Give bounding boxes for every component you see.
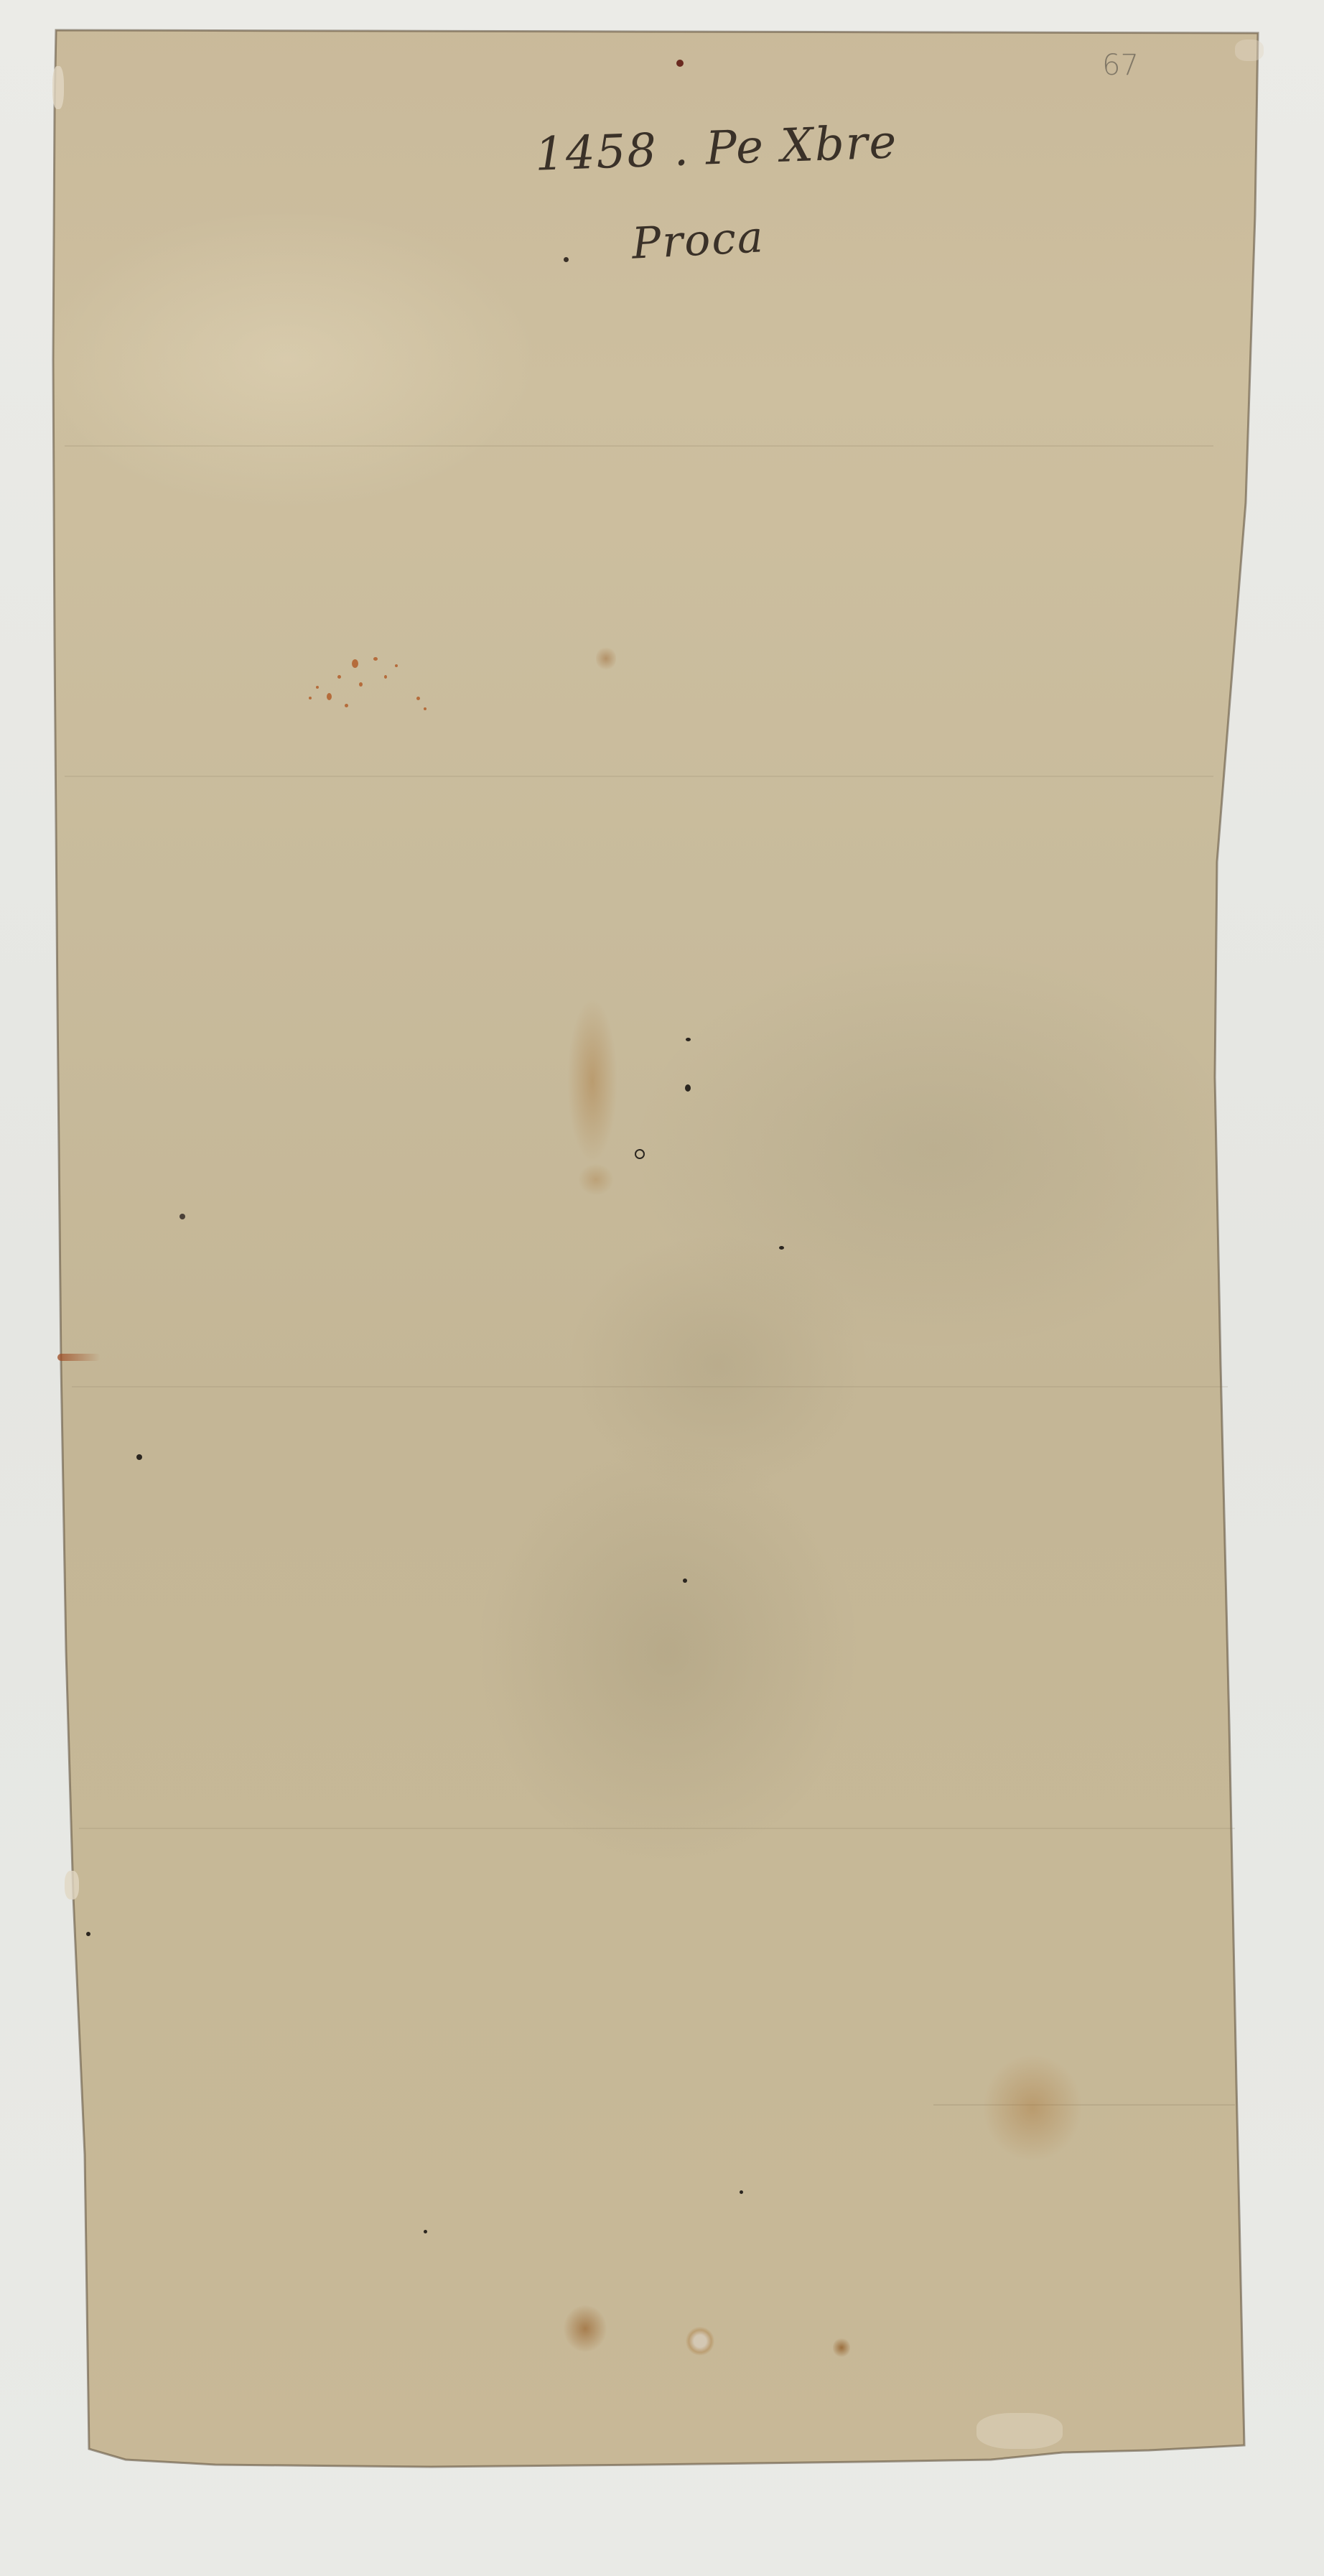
edge-tear: [976, 2413, 1063, 2449]
water-stain: [578, 1163, 614, 1196]
ink-speck: [676, 60, 684, 67]
ink-speck: [683, 1578, 687, 1583]
rust-spots: [309, 654, 452, 733]
endorsement-subject-line: Proca: [630, 212, 765, 269]
fold-crease: [65, 776, 1213, 777]
ink-speck: [86, 1932, 90, 1936]
ink-speck: [180, 1214, 185, 1219]
water-stain: [596, 646, 616, 671]
rust-mark-edge: [57, 1354, 101, 1361]
ink-speck: [635, 1149, 645, 1159]
folio-number: 67: [1102, 49, 1139, 82]
edge-tear: [1235, 39, 1264, 61]
edge-tear: [52, 66, 64, 109]
fold-crease: [79, 1828, 1235, 1829]
ink-speck: [779, 1246, 784, 1250]
fold-crease: [933, 2104, 1235, 2106]
water-stain: [833, 2338, 850, 2358]
ink-dot: [564, 257, 569, 262]
ink-speck: [424, 2230, 427, 2233]
fold-crease: [65, 445, 1213, 447]
ink-speck: [686, 1038, 691, 1041]
ink-speck: [740, 2190, 743, 2194]
water-stain: [982, 2054, 1083, 2162]
water-stain: [567, 998, 617, 1163]
edge-tear: [65, 1871, 79, 1900]
water-stain: [564, 2305, 607, 2352]
parchment-sheet: [0, 0, 1324, 2576]
water-stain: [686, 2327, 714, 2356]
ink-speck: [685, 1084, 691, 1092]
ink-speck: [136, 1454, 142, 1460]
fold-crease: [72, 1386, 1228, 1387]
